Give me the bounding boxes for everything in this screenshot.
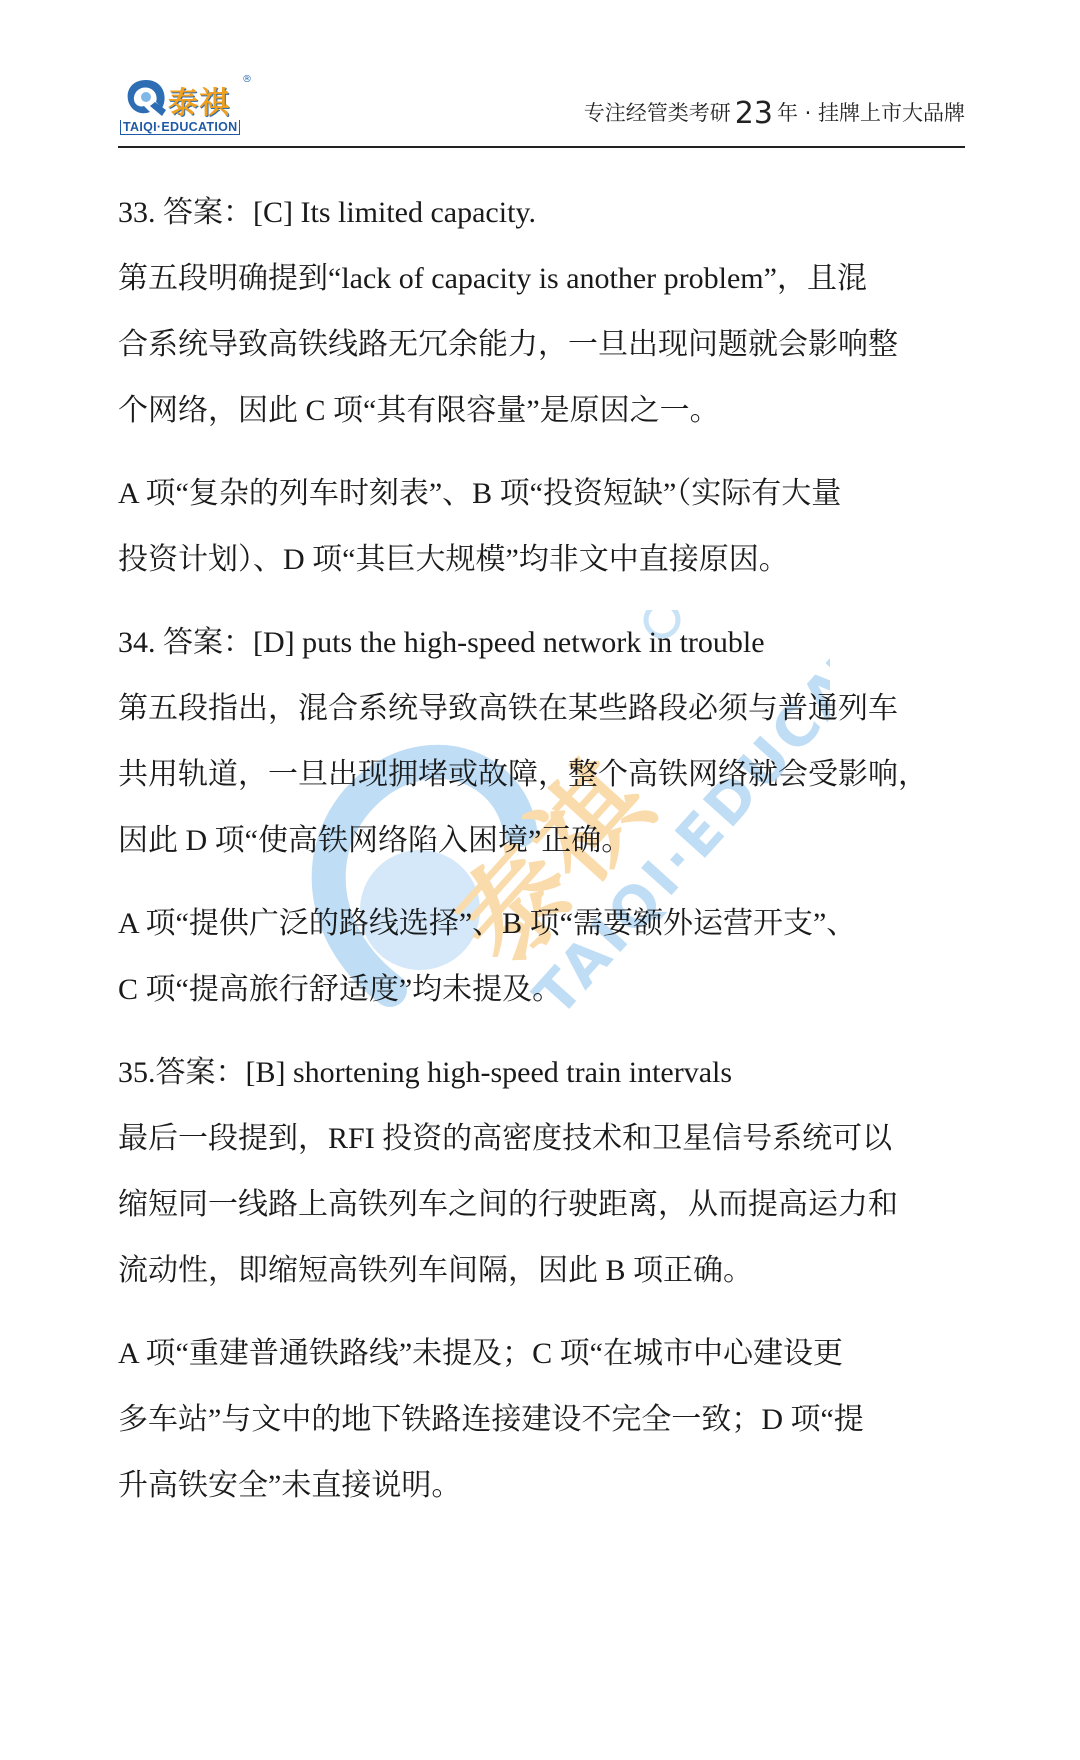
question-35: 35.答案：[B] shortening high-speed train in… [118, 1040, 968, 1519]
logo-english-text: TAIQI·EDUCATION [120, 120, 240, 135]
answer-line: 34. 答案：[D] puts the high-speed network i… [118, 610, 968, 676]
distractor-line: 投资计划）、D 项“其巨大规模”均非文中直接原因。 [118, 527, 968, 593]
explanation-line: 第五段明确提到“lack of capacity is another prob… [118, 246, 968, 312]
page-header: 泰祺 ® TAIQI·EDUCATION 专注经管类考研23年 · 挂牌上市大品… [118, 72, 965, 148]
registered-mark: ® [242, 74, 252, 85]
explanation-line: 最后一段提到，RFI 投资的高密度技术和卫星信号系统可以 [118, 1106, 968, 1172]
tagline-suffix: 年 · 挂牌上市大品牌 [777, 101, 965, 125]
distractor-line: A 项“重建普通铁路线”未提及；C 项“在城市中心建设更 [118, 1321, 968, 1387]
answer-line: 35.答案：[B] shortening high-speed train in… [118, 1040, 968, 1106]
explanation-line: 共用轨道，一旦出现拥堵或故障，整个高铁网络就会受影响， [118, 742, 968, 808]
answer-line: 33. 答案：[C] Its limited capacity. [118, 180, 968, 246]
taiqi-logo: 泰祺 ® TAIQI·EDUCATION [118, 72, 268, 142]
explanation-line: 合系统导致高铁线路无冗余能力，一旦出现问题就会影响整 [118, 312, 968, 378]
question-33: 33. 答案：[C] Its limited capacity. 第五段明确提到… [118, 180, 968, 593]
distractor-line: C 项“提高旅行舒适度”均未提及。 [118, 957, 968, 1023]
explanation-line: 因此 D 项“使高铁网络陷入困境”正确。 [118, 808, 968, 874]
explanation-line: 缩短同一线路上高铁列车之间的行驶距离，从而提高运力和 [118, 1172, 968, 1238]
question-34: 34. 答案：[D] puts the high-speed network i… [118, 610, 968, 1023]
logo-swirl-icon [122, 76, 170, 118]
explanation-line: 流动性，即缩短高铁列车间隔，因此 B 项正确。 [118, 1238, 968, 1304]
distractor-line: 升高铁安全”未直接说明。 [118, 1453, 968, 1519]
distractor-line: A 项“提供广泛的路线选择”、B 项“需要额外运营开支”、 [118, 891, 968, 957]
explanation-line: 第五段指出，混合系统导致高铁在某些路段必须与普通列车 [118, 676, 968, 742]
explanation-line: 个网络，因此 C 项“其有限容量”是原因之一。 [118, 378, 968, 444]
distractor-line: 多车站”与文中的地下铁路连接建设不完全一致；D 项“提 [118, 1387, 968, 1453]
logo-chinese-text: 泰祺 [168, 78, 230, 122]
header-divider [118, 146, 965, 148]
tagline-years: 23 [735, 96, 773, 131]
distractor-line: A 项“复杂的列车时刻表”、B 项“投资短缺”（实际有大量 [118, 461, 968, 527]
tagline-prefix: 专注经管类考研 [584, 101, 731, 125]
answer-explanations: 33. 答案：[C] Its limited capacity. 第五段明确提到… [118, 180, 968, 1519]
header-tagline: 专注经管类考研23年 · 挂牌上市大品牌 [584, 96, 965, 131]
